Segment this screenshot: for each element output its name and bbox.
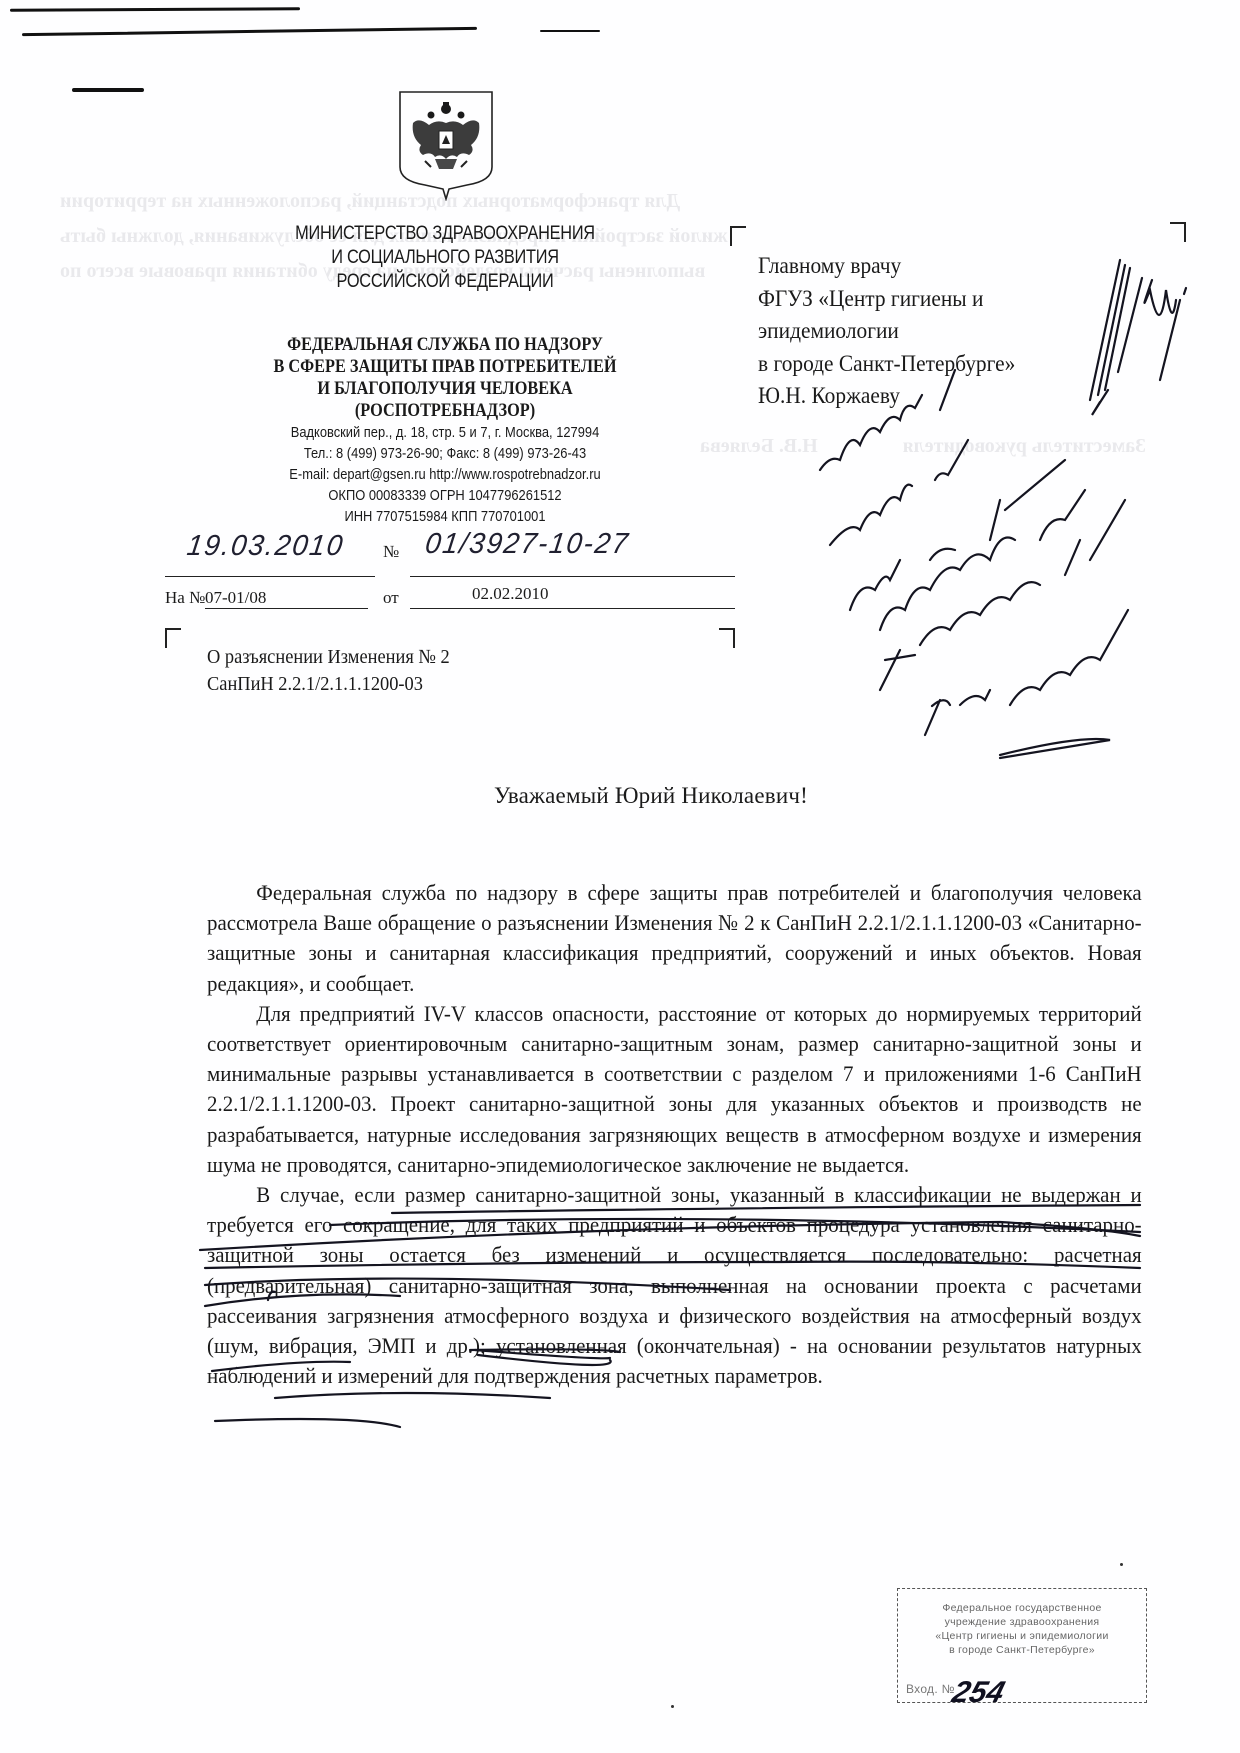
letter-body: Федеральная служба по надзору в сфере за… xyxy=(207,878,1142,1391)
body-paragraph: В случае, если размер санитарно-защитной… xyxy=(207,1180,1142,1391)
subject-bracket-right xyxy=(719,628,735,648)
stamp-reg-label: Вход. № xyxy=(906,1682,955,1696)
subject-line: О разъяснении Изменения № 2 xyxy=(207,644,450,671)
reply-date-underline xyxy=(410,608,735,609)
bleed-through-text: Для трансформаторных подстанций, располо… xyxy=(60,190,680,213)
incoming-stamp: Федеральное государственное учреждение з… xyxy=(897,1588,1147,1703)
number-label: № xyxy=(383,542,399,562)
reply-from-label: от xyxy=(383,588,399,608)
russian-coat-of-arms-icon xyxy=(397,89,495,201)
okpo-ogrn: ОКПО 00083339 ОГРН 1047796261512 xyxy=(252,485,639,506)
email-web: E-mail: depart@gsen.ru http://www.rospot… xyxy=(252,464,639,485)
service-line: И БЛАГОПОЛУЧИЯ ЧЕЛОВЕКА xyxy=(247,378,643,400)
recipient-bracket-left xyxy=(730,226,746,246)
contact-block: Вадковский пер., д. 18, стр. 5 и 7, г. М… xyxy=(252,422,639,527)
scan-speck xyxy=(671,1705,674,1708)
scan-artifact-line xyxy=(72,88,144,92)
service-line: В СФЕРЕ ЗАЩИТЫ ПРАВ ПОТРЕБИТЕЛЕЙ xyxy=(247,356,643,378)
scanned-letter-page: Для трансформаторных подстанций, располо… xyxy=(0,0,1240,1753)
scan-artifact-line xyxy=(10,7,300,12)
outgoing-number: 01/3927-10-27 xyxy=(423,528,631,561)
stamp-line: в городе Санкт-Петербурге» xyxy=(898,1643,1146,1657)
reply-to-label: На № xyxy=(165,588,205,608)
outgoing-date: 19.03.2010 xyxy=(185,530,346,563)
letter-subject: О разъяснении Изменения № 2 СанПиН 2.2.1… xyxy=(207,644,450,698)
recipient-bracket-right xyxy=(1170,222,1186,242)
service-name: ФЕДЕРАЛЬНАЯ СЛУЖБА ПО НАДЗОРУ В СФЕРЕ ЗА… xyxy=(247,334,643,422)
service-line: (РОСПОТРЕБНАДЗОР) xyxy=(247,400,643,422)
body-paragraph: Федеральная служба по надзору в сфере за… xyxy=(207,878,1142,999)
ministry-line: И СОЦИАЛЬНОГО РАЗВИТИЯ xyxy=(252,246,639,270)
subject-bracket-left xyxy=(165,628,181,648)
number-underline xyxy=(410,576,735,577)
ministry-name: МИНИСТЕРСТВО ЗДРАВООХРАНЕНИЯ И СОЦИАЛЬНО… xyxy=(252,222,639,294)
reply-to-number: 07-01/08 xyxy=(205,588,266,608)
reply-number-underline xyxy=(205,608,368,609)
subject-line: СанПиН 2.2.1/2.1.1.1200-03 xyxy=(207,671,450,698)
body-paragraph: Для предприятий IV-V классов опасности, … xyxy=(207,999,1142,1180)
scan-speck xyxy=(1120,1563,1123,1566)
ministry-line: РОССИЙСКОЙ ФЕДЕРАЦИИ xyxy=(252,270,639,294)
address: Вадковский пер., д. 18, стр. 5 и 7, г. М… xyxy=(252,422,639,443)
service-line: ФЕДЕРАЛЬНАЯ СЛУЖБА ПО НАДЗОРУ xyxy=(247,334,643,356)
inn-kpp: ИНН 7707515984 КПП 770701001 xyxy=(252,506,639,527)
phone-fax: Тел.: 8 (499) 973-26-90; Факс: 8 (499) 9… xyxy=(252,443,639,464)
stamp-reg-number: 254 xyxy=(951,1686,1006,1700)
letterhead: МИНИСТЕРСТВО ЗДРАВООХРАНЕНИЯ И СОЦИАЛЬНО… xyxy=(220,222,670,527)
reply-from-date: 02.02.2010 xyxy=(472,584,549,604)
stamp-line: учреждение здравоохранения xyxy=(898,1615,1146,1629)
scan-artifact-line xyxy=(22,27,477,36)
scan-artifact-line xyxy=(540,30,600,32)
date-underline xyxy=(165,576,375,577)
stamp-line: «Центр гигиены и эпидемиологии xyxy=(898,1629,1146,1643)
greeting: Уважаемый Юрий Николаевич! xyxy=(494,783,808,809)
ministry-line: МИНИСТЕРСТВО ЗДРАВООХРАНЕНИЯ xyxy=(252,222,639,246)
stamp-line: Федеральное государственное xyxy=(898,1601,1146,1615)
